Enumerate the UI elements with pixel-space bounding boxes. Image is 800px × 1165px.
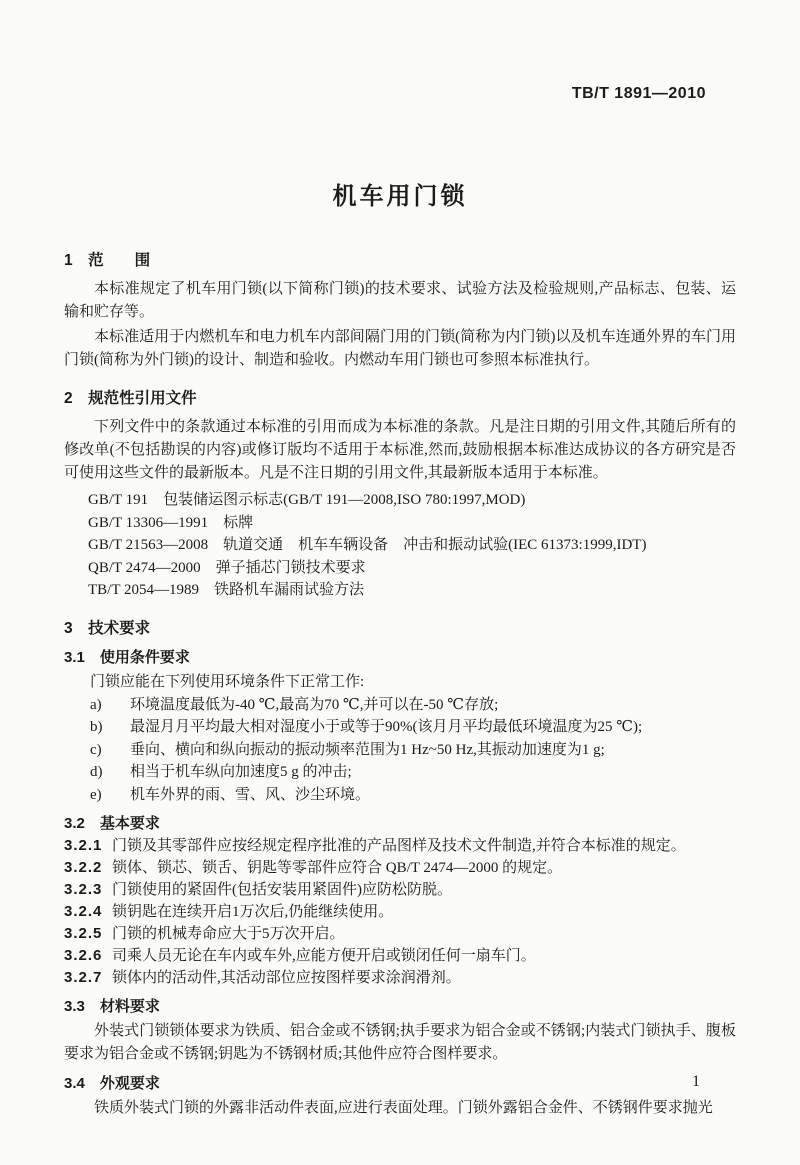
- clause-3-2-3: 3.2.3 门锁使用的紧固件(包括安装用紧固件)应防松防脱。: [64, 879, 736, 901]
- condition-item-e: e) 机车外界的雨、雪、风、沙尘环境。: [90, 784, 736, 807]
- condition-label: e): [90, 784, 130, 807]
- reference-item-4: QB/T 2474—2000 弹子插芯门锁技术要求: [88, 557, 736, 580]
- page-number: 1: [692, 1070, 700, 1093]
- clause-number: 3.2.2: [64, 857, 112, 879]
- clause-text: 锁体内的活动件,其活动部位应按图样要求涂润滑剂。: [112, 967, 736, 989]
- condition-text: 垂向、横向和纵向振动的振动频率范围为1 Hz~50 Hz,其振动加速度为1 g;: [130, 739, 736, 762]
- clause-3-2-1: 3.2.1 门锁及其零部件应按经规定程序批准的产品图样及技术文件制造,并符合本标…: [64, 835, 736, 857]
- condition-text: 相当于机车纵向加速度5 g 的冲击;: [130, 761, 736, 784]
- clause-number: 3.2.5: [64, 923, 112, 945]
- section-1-paragraph-1: 本标准规定了机车用门锁(以下简称门锁)的技术要求、试验方法及检验规则,产品标志、…: [64, 278, 736, 324]
- clause-number: 3.2.4: [64, 901, 112, 923]
- reference-item-3: GB/T 21563—2008 轨道交通 机车车辆设备 冲击和振动试验(IEC …: [88, 534, 736, 557]
- clause-3-2-4: 3.2.4 锁钥匙在连续开启1万次后,仍能继续使用。: [64, 901, 736, 923]
- clause-text: 门锁使用的紧固件(包括安装用紧固件)应防松防脱。: [112, 879, 736, 901]
- clause-number: 3.2.6: [64, 945, 112, 967]
- condition-label: a): [90, 694, 130, 717]
- section-1-paragraph-2: 本标准适用于内燃机车和电力机车内部间隔门用的门锁(简称为内门锁)以及机车连通外界…: [64, 326, 736, 372]
- clause-number: 3.2.7: [64, 967, 112, 989]
- clause-text: 锁钥匙在连续开启1万次后,仍能继续使用。: [112, 901, 736, 923]
- condition-label: d): [90, 761, 130, 784]
- clause-number: 3.2.3: [64, 879, 112, 901]
- clause-text: 门锁的机械寿命应大于5万次开启。: [112, 923, 736, 945]
- condition-text: 机车外界的雨、雪、风、沙尘环境。: [130, 784, 736, 807]
- condition-text: 最湿月月平均最大相对湿度小于或等于90%(该月月平均最低环境温度为25 ℃);: [130, 716, 736, 739]
- condition-label: c): [90, 739, 130, 762]
- section-3-4-heading: 3.4 外观要求: [64, 1072, 736, 1095]
- clause-text: 司乘人员无论在车内或车外,应能方便开启或锁闭任何一扇车门。: [112, 945, 736, 967]
- section-3-1-heading: 3.1 使用条件要求: [64, 646, 736, 669]
- reference-item-5: TB/T 2054—1989 铁路机车漏雨试验方法: [88, 579, 736, 602]
- standard-number: TB/T 1891—2010: [64, 82, 736, 105]
- clause-3-2-5: 3.2.5 门锁的机械寿命应大于5万次开启。: [64, 923, 736, 945]
- section-3-heading: 3 技术要求: [64, 617, 736, 640]
- section-3-4-paragraph: 铁质外装式门锁的外露非活动件表面,应进行表面处理。门锁外露铝合金件、不锈钢件要求…: [64, 1097, 736, 1120]
- section-3-3-paragraph: 外装式门锁锁体要求为铁质、铝合金或不锈钢;执手要求为铝合金或不锈钢;内装式门锁执…: [64, 1020, 736, 1066]
- condition-item-d: d) 相当于机车纵向加速度5 g 的冲击;: [90, 761, 736, 784]
- document-title: 机车用门锁: [64, 183, 736, 211]
- condition-item-b: b) 最湿月月平均最大相对湿度小于或等于90%(该月月平均最低环境温度为25 ℃…: [90, 716, 736, 739]
- clause-text: 门锁及其零部件应按经规定程序批准的产品图样及技术文件制造,并符合本标准的规定。: [112, 835, 736, 857]
- section-1-heading: 1 范 围: [64, 249, 736, 272]
- condition-label: b): [90, 716, 130, 739]
- reference-item-1: GB/T 191 包装储运图示标志(GB/T 191—2008,ISO 780:…: [88, 489, 736, 512]
- section-2-paragraph: 下列文件中的条款通过本标准的引用而成为本标准的条款。凡是注日期的引用文件,其随后…: [64, 416, 736, 485]
- section-3-2-heading: 3.2 基本要求: [64, 812, 736, 835]
- clause-3-2-2: 3.2.2 锁体、锁芯、锁舌、钥匙等零部件应符合 QB/T 2474—2000 …: [64, 857, 736, 879]
- reference-list: GB/T 191 包装储运图示标志(GB/T 191—2008,ISO 780:…: [64, 489, 736, 602]
- condition-item-a: a) 环境温度最低为-40 ℃,最高为70 ℃,并可以在-50 ℃存放;: [90, 694, 736, 717]
- condition-text: 环境温度最低为-40 ℃,最高为70 ℃,并可以在-50 ℃存放;: [130, 694, 736, 717]
- clause-3-2-7: 3.2.7 锁体内的活动件,其活动部位应按图样要求涂润滑剂。: [64, 967, 736, 989]
- section-3-3-heading: 3.3 材料要求: [64, 995, 736, 1018]
- clause-3-2-6: 3.2.6 司乘人员无论在车内或车外,应能方便开启或锁闭任何一扇车门。: [64, 945, 736, 967]
- document-page: TB/T 1891—2010 机车用门锁 1 范 围 本标准规定了机车用门锁(以…: [0, 0, 800, 1165]
- clause-list: 3.2.1 门锁及其零部件应按经规定程序批准的产品图样及技术文件制造,并符合本标…: [64, 835, 736, 989]
- clause-number: 3.2.1: [64, 835, 112, 857]
- clause-text: 锁体、锁芯、锁舌、钥匙等零部件应符合 QB/T 2474—2000 的规定。: [112, 857, 736, 879]
- reference-item-2: GB/T 13306—1991 标牌: [88, 512, 736, 535]
- section-2-heading: 2 规范性引用文件: [64, 387, 736, 410]
- section-3-1-intro: 门锁应能在下列使用环境条件下正常工作:: [90, 671, 736, 694]
- condition-list: a) 环境温度最低为-40 ℃,最高为70 ℃,并可以在-50 ℃存放; b) …: [64, 694, 736, 807]
- condition-item-c: c) 垂向、横向和纵向振动的振动频率范围为1 Hz~50 Hz,其振动加速度为1…: [90, 739, 736, 762]
